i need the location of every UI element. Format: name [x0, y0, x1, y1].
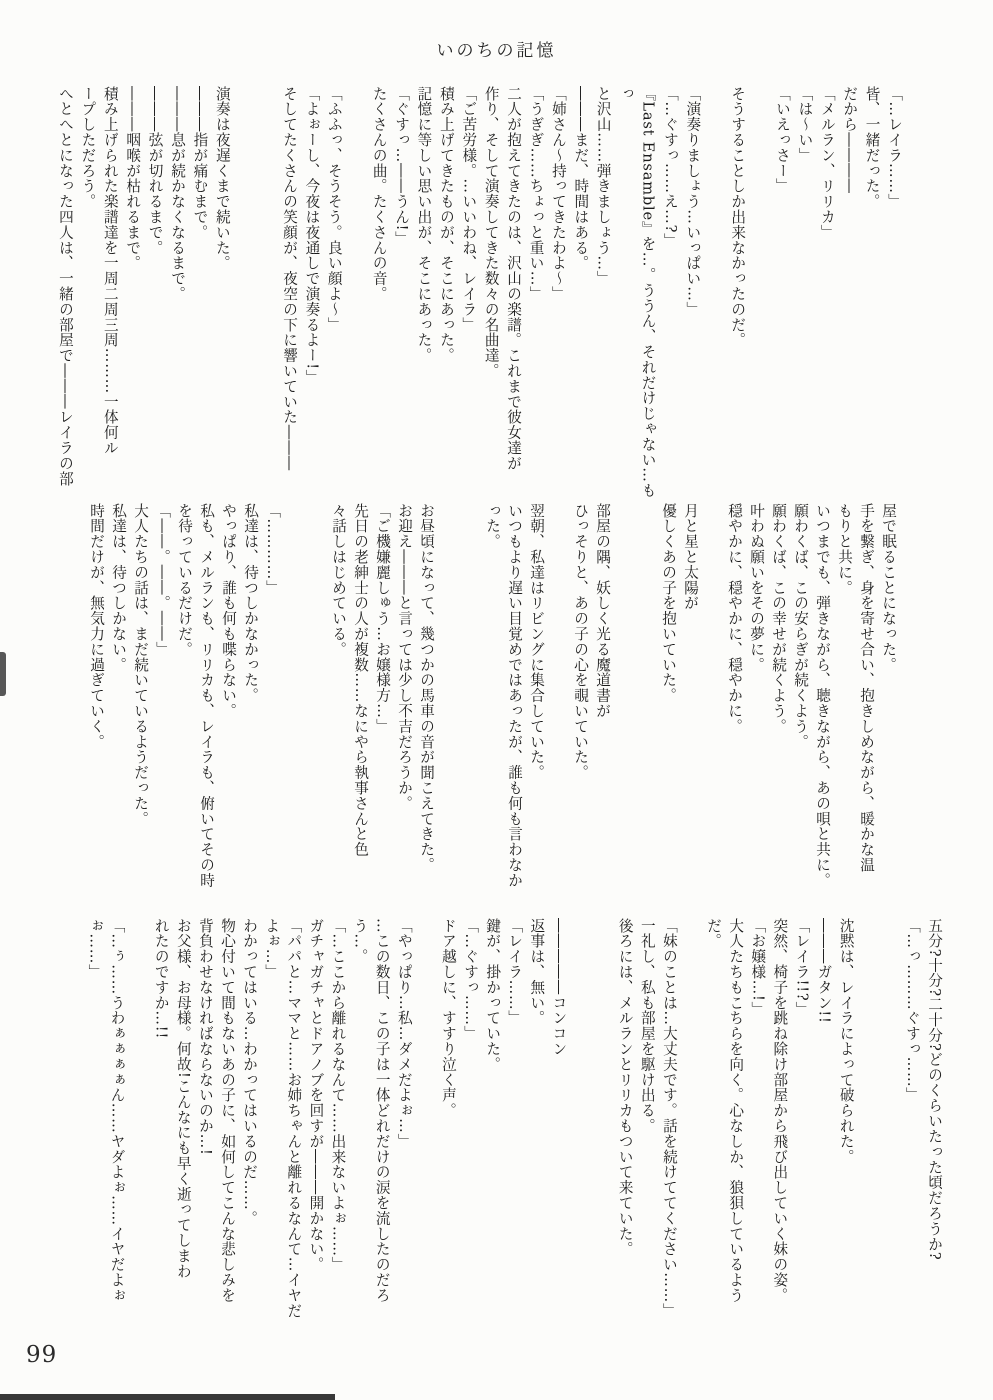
- text-line: ぉ……」: [83, 918, 105, 1346]
- blank-line: [879, 918, 901, 1346]
- blank-line: [701, 503, 723, 921]
- text-line: お迎え―――と言っては少し不吉だろうか。: [393, 503, 415, 921]
- text-line: 先日の老紳士の人が複数……なにやら執事さんと色: [349, 503, 371, 921]
- text-line: ―――咽喉が枯れるまで。: [121, 86, 143, 500]
- text-line: そうすることしか出来なかったのだ。: [726, 86, 748, 500]
- blank-line: [437, 503, 459, 921]
- text-line: 「は〜い」: [793, 86, 815, 500]
- text-line: …この数日、この子は一体どれだけの涙を流したのだろ: [371, 918, 393, 1346]
- text-line: 「…レイラ……」: [883, 86, 905, 500]
- text-line: 「…っ………ぐすっ……」: [901, 918, 923, 1346]
- text-line: と沢山……弾きましょう…」: [591, 86, 613, 500]
- text-line: 積み上げられた楽譜達を一周二周三周………一体何ル: [98, 86, 120, 500]
- text-line: 私達は、待つしかない。: [107, 503, 129, 921]
- text-line: う…。: [348, 918, 370, 1346]
- blank-line: [305, 503, 327, 921]
- text-line: 大人たちの話は、まだ続いているようだった。: [129, 503, 151, 921]
- text-line: 「姉さん〜持ってきたわよ〜」: [547, 86, 569, 500]
- text-line: ―――指が痛むまで。: [188, 86, 210, 500]
- text-line: 々話しはじめている。: [327, 503, 349, 921]
- text-line: 「ご機嫌麗しゅう…お嬢様方…」: [371, 503, 393, 921]
- text-block-middle: 屋で眠ることになった。手を繋ぎ、身を寄せ合い、抱きしめながら、暖かな温もりと共に…: [85, 503, 899, 921]
- scan-artifact-left-edge: [0, 652, 6, 696]
- blank-line: [547, 503, 569, 921]
- text-line: よぉ…」: [260, 918, 282, 1346]
- text-line: 手を繋ぎ、身を寄せ合い、抱きしめながら、暖かな温: [855, 503, 877, 921]
- blank-line: [592, 918, 614, 1346]
- text-line: 記憶に等しい思い出が、そこにあった。: [412, 86, 434, 500]
- text-line: を待っているだけだ。: [173, 503, 195, 921]
- text-block-top: 「…レイラ……」皆、一緒だった。だから――――「メルラン、リリカ」「は〜い」「い…: [54, 86, 905, 500]
- text-line: 「妹のことは…大丈夫です。話を続けててください……」: [658, 918, 680, 1346]
- text-line: 私達は、待つしかなかった。: [239, 503, 261, 921]
- text-line: 「レイラ……」: [503, 918, 525, 1346]
- text-line: 突然、椅子を跳ね除け部屋から飛び出していく妹の姿。: [768, 918, 790, 1346]
- text-line: 翌朝、私達はリビングに集合していた。: [525, 503, 547, 921]
- text-line: 演奏は夜遅くまで続いた。: [210, 86, 232, 500]
- text-line: 『Last Ensamble』を…。ううん、それだけじゃない…もっ: [614, 86, 659, 500]
- text-line: だ。: [702, 918, 724, 1346]
- text-line: 「…ぐすっ……」: [459, 918, 481, 1346]
- text-line: 穏やかに、穏やかに、穏やかに。: [723, 503, 745, 921]
- text-line: 「レイラ!!?」: [790, 918, 812, 1346]
- blank-line: [459, 503, 481, 921]
- blank-line: [748, 86, 770, 500]
- text-line: いつもより遅い目覚めではあったが、誰も何も言わなか: [503, 503, 525, 921]
- text-line: ―――――コンコン: [547, 918, 569, 1346]
- text-line: 後ろには、メルランとリリカもついて来ていた。: [614, 918, 636, 1346]
- blank-line: [283, 503, 305, 921]
- text-line: 月と星と太陽が: [679, 503, 701, 921]
- text-line: 「ぐすっ…――うん!」: [390, 86, 412, 500]
- blank-line: [415, 918, 437, 1346]
- text-line: 「やっぱり…私…ダメだよぉ…」: [393, 918, 415, 1346]
- text-line: 「…ぐすっ……え…?」: [659, 86, 681, 500]
- page-title: いのちの記憶: [0, 36, 993, 61]
- blank-line: [703, 86, 725, 500]
- text-line: ―――弦が切れるまで。: [143, 86, 165, 500]
- blank-line: [635, 503, 657, 921]
- text-line: 時間だけが、無気力に過ぎていく。: [85, 503, 107, 921]
- text-line: 「よぉーし、今夜は夜通しで演奏るよー!」: [300, 86, 322, 500]
- scanned-novel-page: いのちの記憶 「…レイラ……」皆、一緒だった。だから――――「メルラン、リリカ」…: [0, 0, 993, 1400]
- text-line: 背負わせなければならないのか…!: [194, 918, 216, 1346]
- text-line: 作り、そして演奏してきた数々の名曲達。: [479, 86, 501, 500]
- text-line: ガチャガチャとドアノブを回すが―――開かない。: [304, 918, 326, 1346]
- text-line: 「――。――。――」: [151, 503, 173, 921]
- text-line: 五分?十分?二十分?どのくらいたった頃だろうか?: [923, 918, 945, 1346]
- text-line: 「…………」: [261, 503, 283, 921]
- text-line: わかってはいる…わかってはいるのだ……。: [238, 918, 260, 1346]
- text-line: 部屋の隅、妖しく光る魔道書が: [591, 503, 613, 921]
- blank-line: [569, 918, 591, 1346]
- text-line: れたのですか…!!: [150, 918, 172, 1346]
- text-line: 沈黙は、レイラによって破られた。: [835, 918, 857, 1346]
- scan-artifact-bottom-edge: [0, 1394, 335, 1400]
- text-line: 物心付いて間もないあの子に、如何してこんな悲しみを: [216, 918, 238, 1346]
- text-line: 「ご苦労様。…いいわね、レイラ」: [457, 86, 479, 500]
- text-line: お昼頃になって、幾つかの馬車の音が聞こえてきた。: [415, 503, 437, 921]
- text-line: 皆、一緒だった。: [860, 86, 882, 500]
- blank-line: [345, 86, 367, 500]
- text-line: 「演奏りましょう…いっぱい…」: [681, 86, 703, 500]
- blank-line: [857, 918, 879, 1346]
- text-line: 優しくあの子を抱いていた。: [657, 503, 679, 921]
- blank-line: [613, 503, 635, 921]
- blank-line: [128, 918, 150, 1346]
- text-line: 一礼し、私も部屋を駆け出る。: [636, 918, 658, 1346]
- text-line: いつまでも、弾きながら、聴きながら、あの唄と共に。: [811, 503, 833, 921]
- text-line: 「うぎぎ……ちょっと重い…」: [524, 86, 546, 500]
- text-line: 「お嬢様…!」: [746, 918, 768, 1346]
- text-line: った。: [481, 503, 503, 921]
- text-line: 「…ぅ……うわぁぁぁぁん……ヤダよぉ……イヤだよぉ: [105, 918, 127, 1346]
- text-line: そしてたくさんの笑顔が、夜空の下に響いていた―――: [278, 86, 300, 500]
- text-line: だから――――: [838, 86, 860, 500]
- text-line: ―――ガタン!!: [812, 918, 834, 1346]
- text-line: 願わくば、この幸せが続くよう。: [767, 503, 789, 921]
- text-line: 「いえっさー」: [771, 86, 793, 500]
- text-line: ドア越しに、すすり泣く声。: [437, 918, 459, 1346]
- text-line: ープしただろう。: [76, 86, 98, 500]
- text-line: 大人たちもこちらを向く。心なしか、狼狽しているよう: [724, 918, 746, 1346]
- text-line: ひっそりと、あの子の心を覗いていた。: [569, 503, 591, 921]
- text-line: 返事は、無い。: [525, 918, 547, 1346]
- text-line: 「ふふっ、そうそう。良い顔よ〜」: [322, 86, 344, 500]
- page-number: 99: [26, 1342, 57, 1368]
- text-block-bottom: 五分?十分?二十分?どのくらいたった頃だろうか?「…っ………ぐすっ……」 沈黙は…: [83, 918, 945, 1346]
- text-line: 叶わぬ願いをその夢に。: [745, 503, 767, 921]
- text-line: たくさんの曲。たくさんの音。: [367, 86, 389, 500]
- text-line: ―――まだ、時間はある。: [569, 86, 591, 500]
- blank-line: [680, 918, 702, 1346]
- blank-line: [255, 86, 277, 500]
- text-line: 鍵が、掛かっていた。: [481, 918, 503, 1346]
- text-line: 私も、メルランも、リリカも、レイラも、俯いてその時: [195, 503, 217, 921]
- text-line: 屋で眠ることになった。: [877, 503, 899, 921]
- text-line: お父様、お母様。何故!こんなにも早く逝ってしまわ: [172, 918, 194, 1346]
- text-line: へとへとになった四人は、一緒の部屋で―――レイラの部: [54, 86, 76, 500]
- text-line: 「…ここから離れるなんて……出来ないよぉ……」: [326, 918, 348, 1346]
- text-line: 積み上げてきたものが、そこにあった。: [434, 86, 456, 500]
- text-line: 「パパと…ママと……お姉ちゃんと離れるなんて…イヤだ: [282, 918, 304, 1346]
- text-line: 二人が抱えてきたのは、沢山の楽譜。これまで彼女達が: [502, 86, 524, 500]
- text-line: 願わくば、この安らぎが続くよう。: [789, 503, 811, 921]
- text-line: ―――息が続かなくなるまで。: [166, 86, 188, 500]
- text-line: やっぱり、誰も何も喋らない。: [217, 503, 239, 921]
- blank-line: [233, 86, 255, 500]
- text-line: 「メルラン、リリカ」: [815, 86, 837, 500]
- text-line: もりと共に。: [833, 503, 855, 921]
